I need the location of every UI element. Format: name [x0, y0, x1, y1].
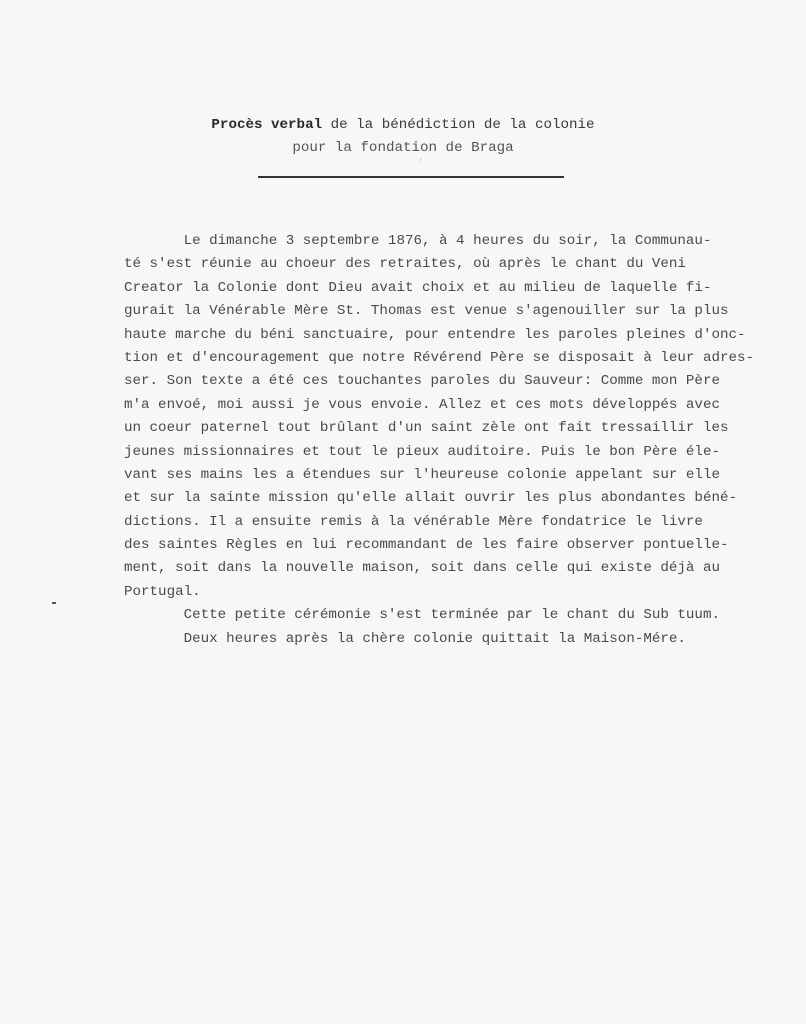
document-body: Le dimanche 3 septembre 1876, à 4 heures… [124, 230, 754, 651]
title-underline-rule [258, 176, 564, 178]
body-line: gurait la Vénérable Mère St. Thomas est … [124, 300, 754, 323]
body-line: haute marche du béni sanctuaire, pour en… [124, 324, 754, 347]
body-line: et sur la sainte mission qu'elle allait … [124, 487, 754, 510]
body-line: Creator la Colonie dont Dieu avait choix… [124, 277, 754, 300]
body-line: des saintes Règles en lui recommandant d… [124, 534, 754, 557]
body-line: dictions. Il a ensuite remis à la vénéra… [124, 511, 754, 534]
body-line: Deux heures après la chère colonie quitt… [124, 628, 754, 651]
stray-ink-mark [52, 602, 56, 604]
document-subtitle: pour la fondation de Braga [0, 140, 806, 156]
body-line: m'a envoé, moi aussi je vous envoie. All… [124, 394, 754, 417]
body-line: Cette petite cérémonie s'est terminée pa… [124, 604, 754, 627]
body-line: Le dimanche 3 septembre 1876, à 4 heures… [124, 230, 754, 253]
body-line: ment, soit dans la nouvelle maison, soit… [124, 557, 754, 580]
document-page: Procès verbal de la bénédiction de la co… [0, 0, 806, 1024]
document-title: Procès verbal de la bénédiction de la co… [0, 117, 806, 133]
body-line: vant ses mains les a étendues sur l'heur… [124, 464, 754, 487]
title-rest: de la bénédiction de la colonie [322, 117, 594, 133]
body-line: un coeur paternel tout brûlant d'un sain… [124, 417, 754, 440]
body-line: té s'est réunie au choeur des retraites,… [124, 253, 754, 276]
title-bold: Procès verbal [211, 117, 322, 133]
body-line: tion et d'encouragement que notre Révére… [124, 347, 754, 370]
arrow-mark-icon: ↑ [418, 156, 423, 166]
body-line: Portugal. [124, 581, 754, 604]
body-line: ser. Son texte a été ces touchantes paro… [124, 370, 754, 393]
body-line: jeunes missionnaires et tout le pieux au… [124, 441, 754, 464]
